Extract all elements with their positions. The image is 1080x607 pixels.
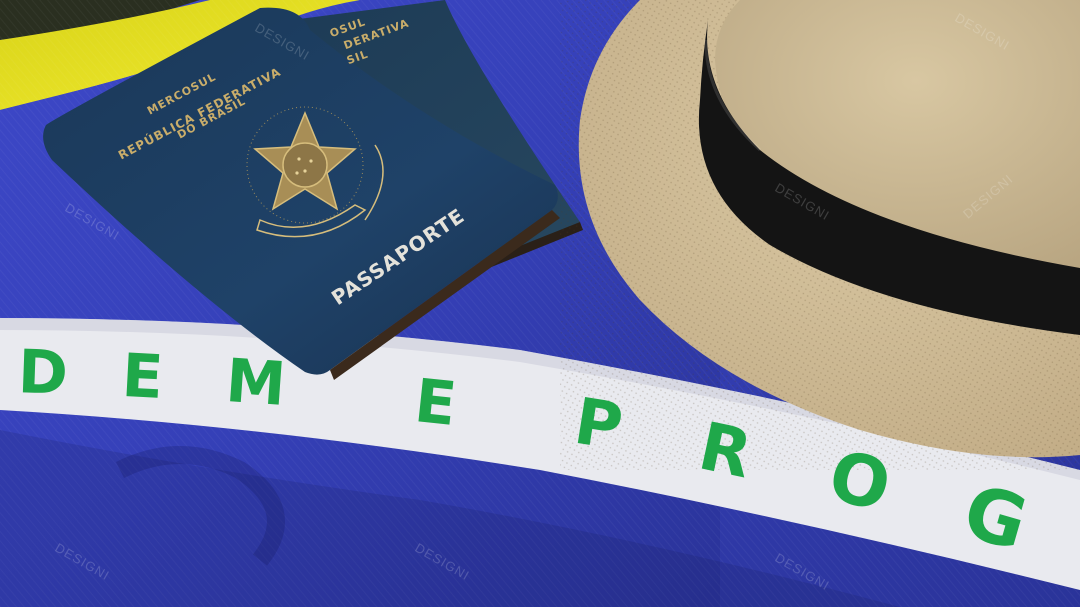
straw-hat: [560, 0, 1080, 470]
photo-scene: D E M E P R O G OSUL DERATIVA SIL MERCOS…: [0, 0, 1080, 607]
scene-graphics: [0, 0, 1080, 607]
flag-motto-letter: D: [17, 337, 69, 409]
flag-motto-letter: E: [411, 366, 459, 440]
flag-motto-letter: E: [120, 341, 165, 413]
flag-motto-letter: M: [224, 346, 288, 420]
